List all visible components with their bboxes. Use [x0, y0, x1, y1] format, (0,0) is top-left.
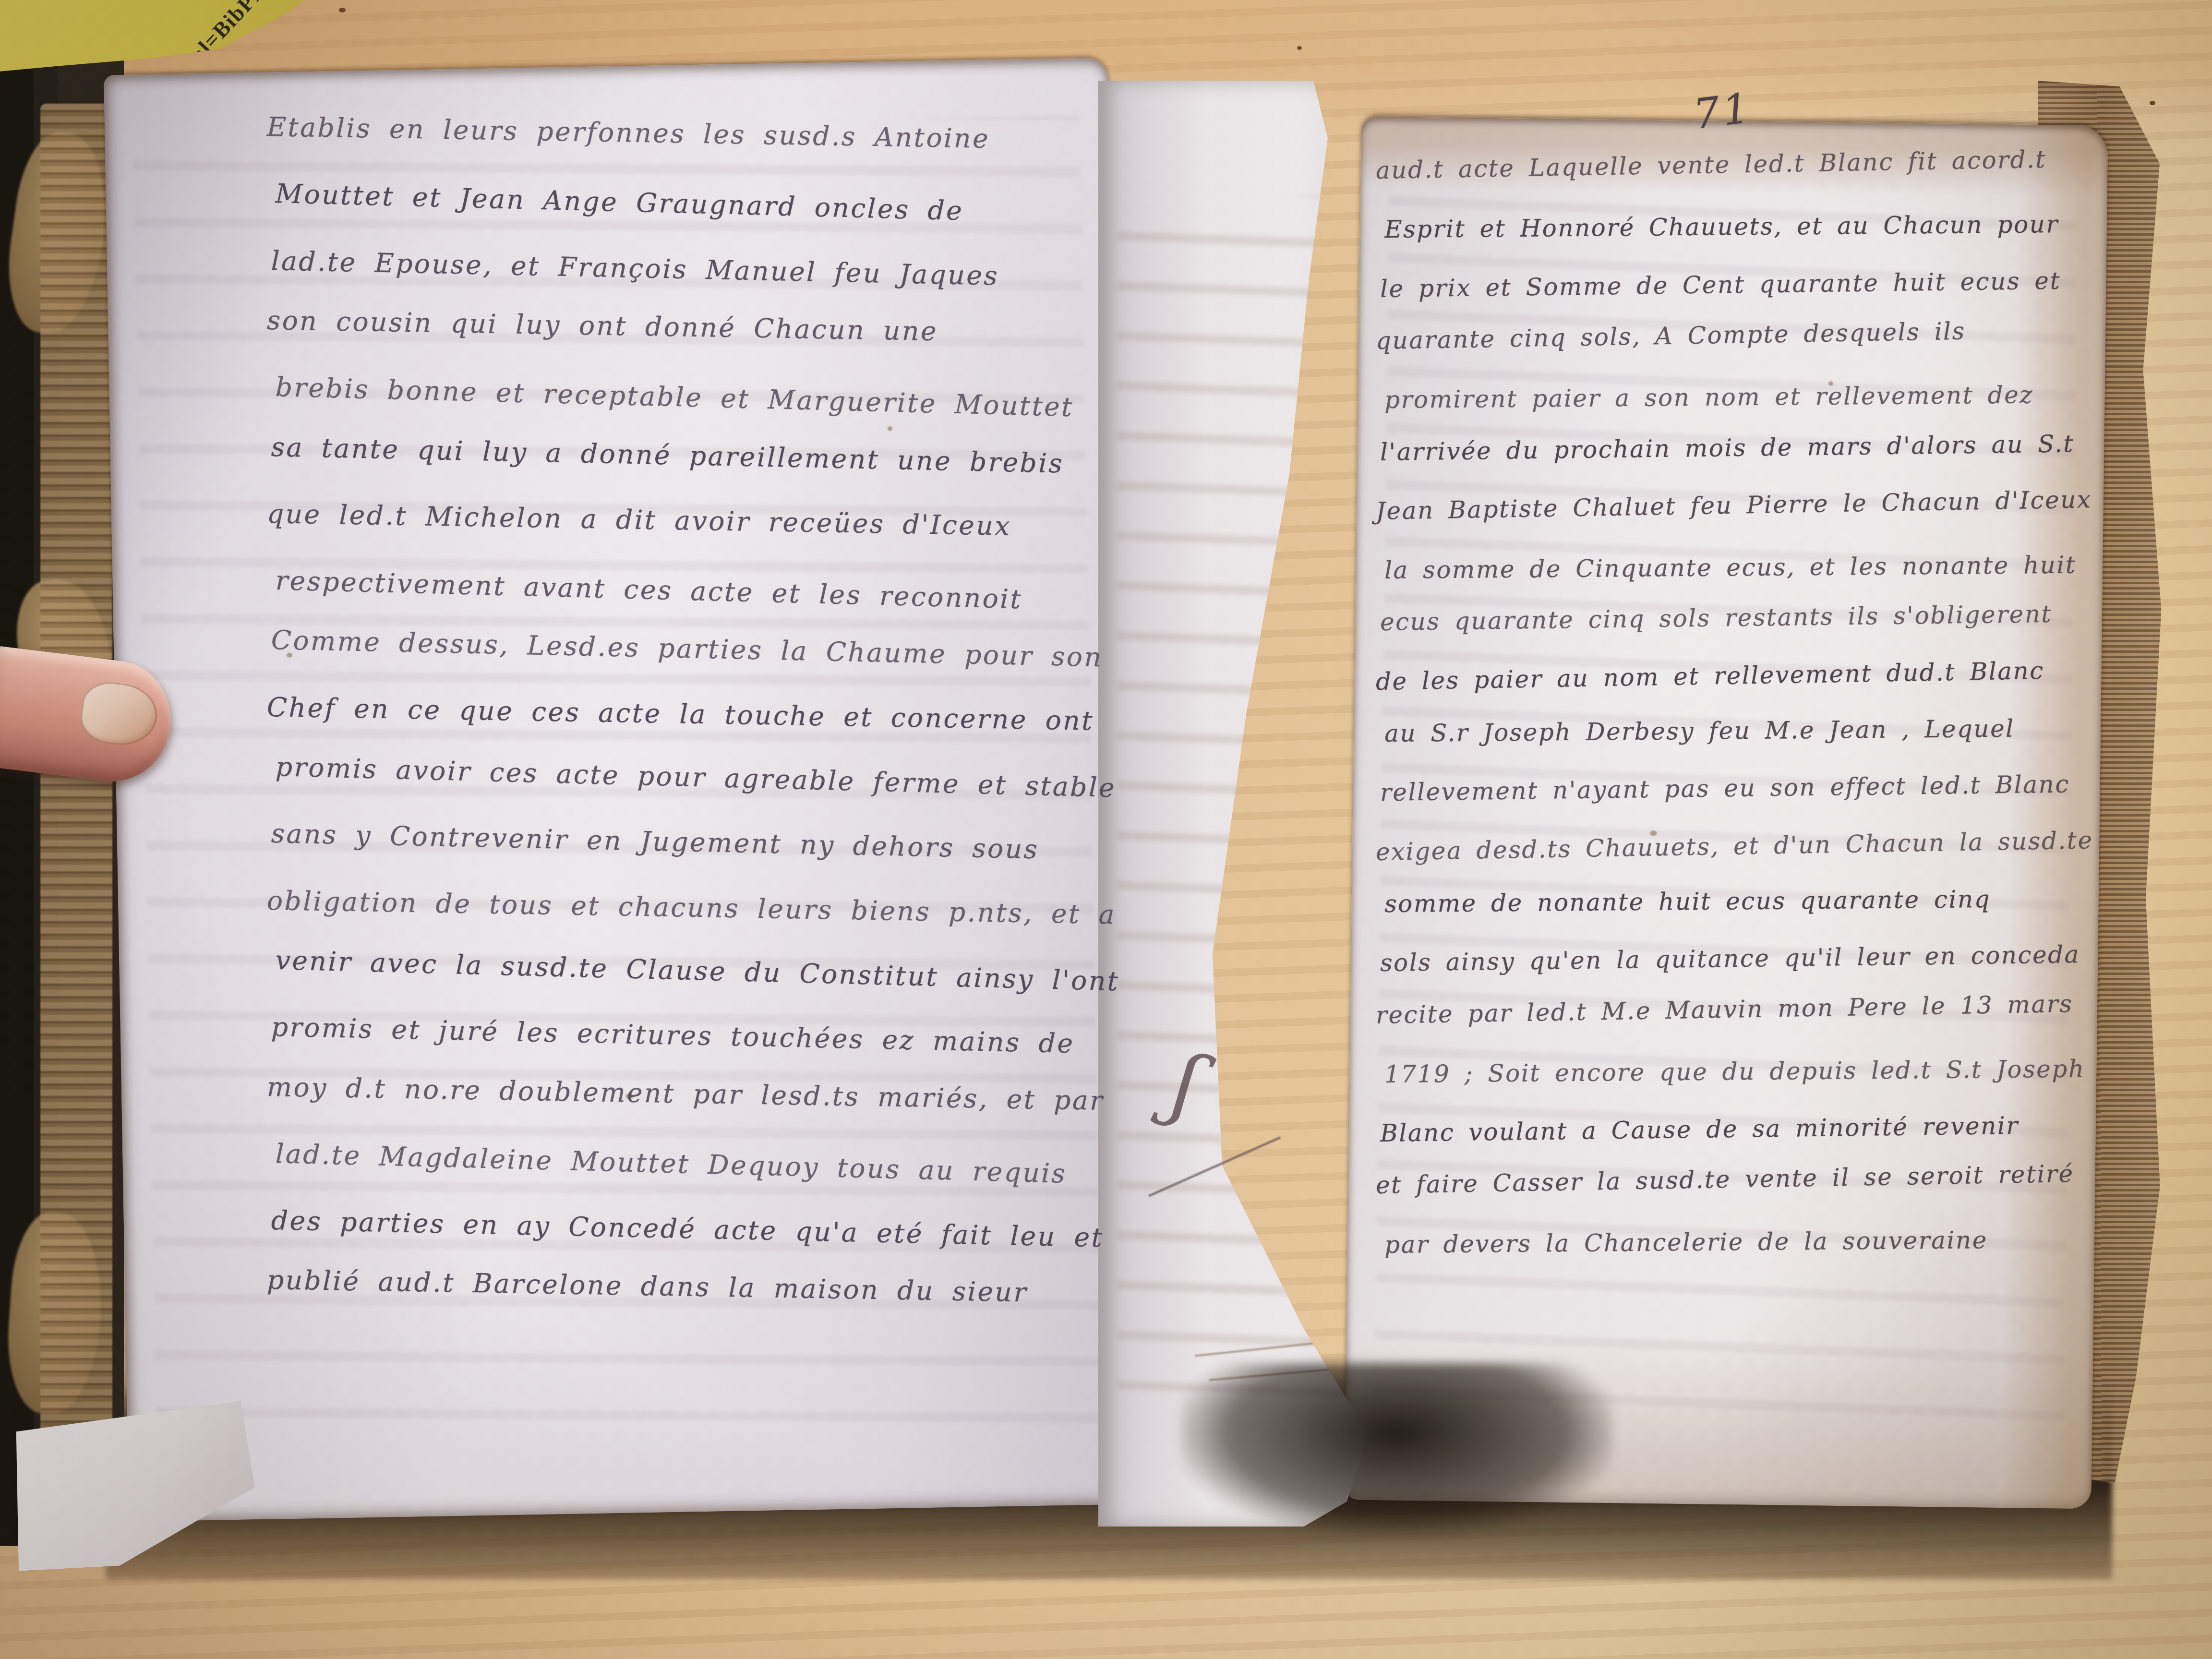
- photo-open-manuscript-book: ml=BibPr Etablis en leurs perfonnes les …: [0, 0, 2212, 1659]
- ink-show-through: [1374, 174, 2079, 1451]
- left-page[interactable]: [104, 58, 1133, 1522]
- page-number: 71: [1691, 84, 1755, 139]
- paper-speck: [1650, 830, 1657, 836]
- wood-crumb: [1297, 46, 1302, 50]
- gutter-bottom-shadow: [1181, 1363, 1613, 1536]
- paper-speck: [1828, 382, 1833, 386]
- wood-crumb: [2150, 101, 2155, 105]
- spine-page-edges: [40, 104, 112, 1525]
- torn-leaf-stub[interactable]: [1098, 81, 1377, 1527]
- ink-show-through: [133, 116, 1103, 1464]
- thumb-holding-page: [0, 646, 178, 788]
- sticky-note-label: ml=BibPr: [180, 0, 268, 72]
- right-page[interactable]: [1344, 117, 2108, 1509]
- stub-ink-bleed-through: [1118, 196, 1343, 1431]
- wood-crumb: [339, 8, 346, 12]
